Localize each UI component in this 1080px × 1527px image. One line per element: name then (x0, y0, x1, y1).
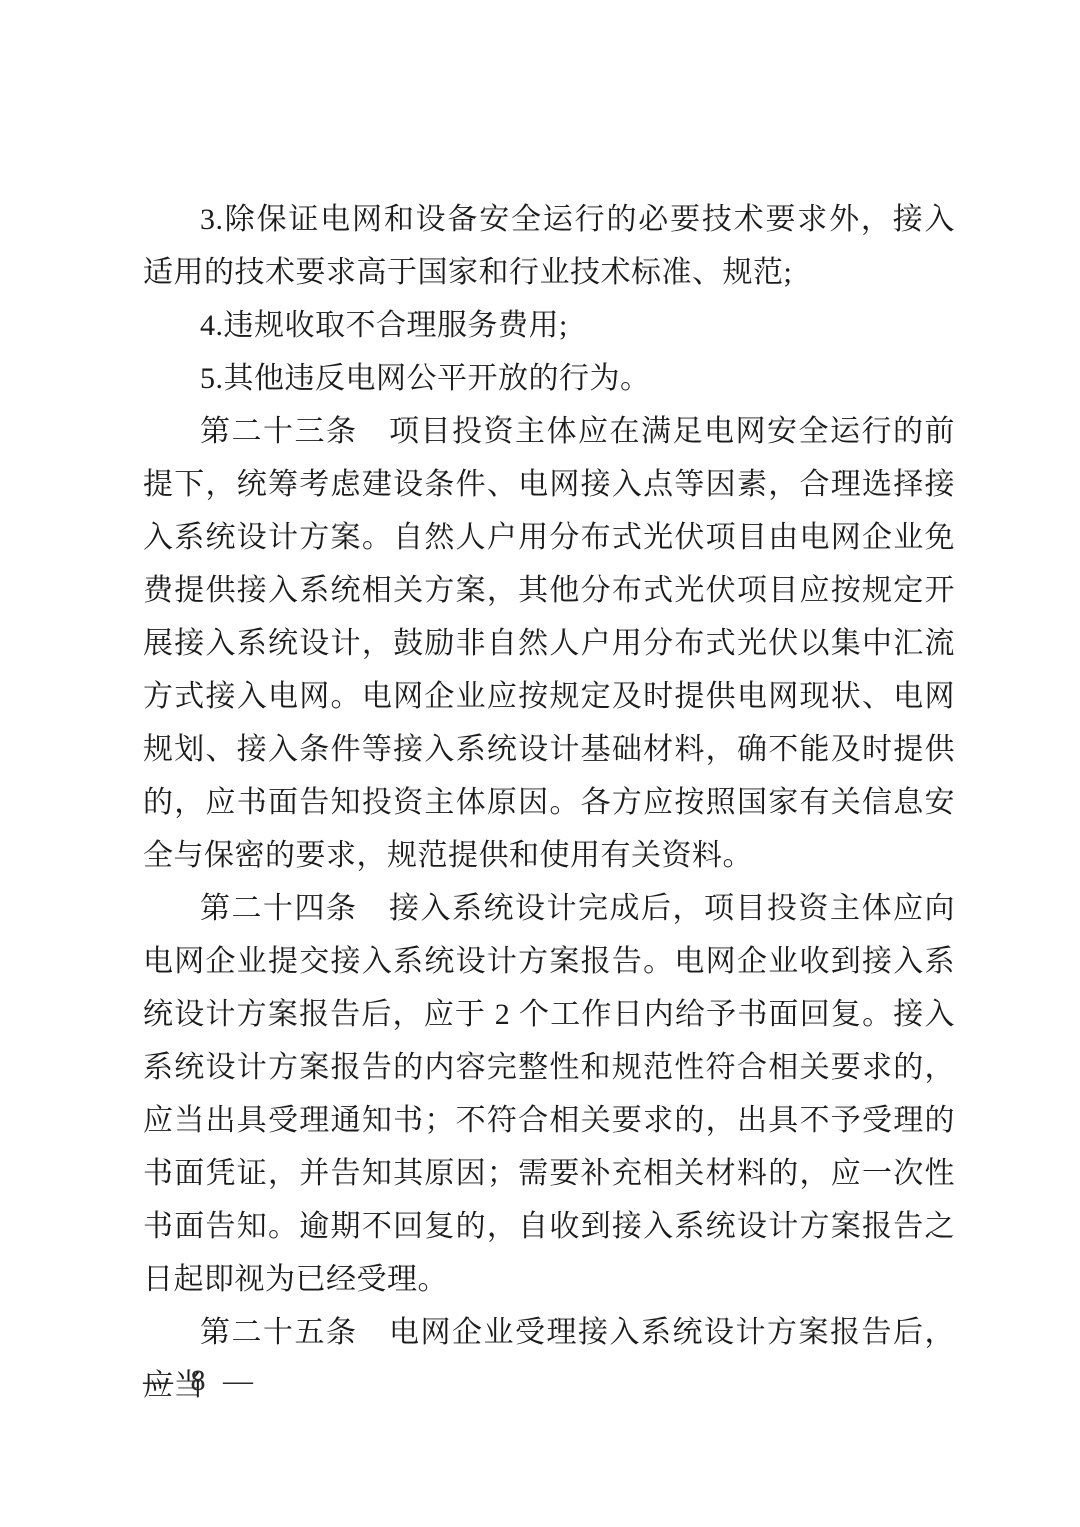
list-item-5: 5.其他违反电网公平开放的行为。 (143, 352, 955, 405)
article-24-paragraph: 第二十四条 接入系统设计完成后，项目投资主体应向电网企业提交接入系统设计方案报告… (143, 882, 955, 1306)
article-23-paragraph: 第二十三条 项目投资主体应在满足电网安全运行的前提下，统筹考虑建设条件、电网接入… (143, 405, 955, 882)
list-item-3: 3.除保证电网和设备安全运行的必要技术要求外，接入适用的技术要求高于国家和行业技… (143, 193, 955, 299)
list-item-4: 4.违规收取不合理服务费用; (143, 299, 955, 352)
page-number: — 8 — (143, 1363, 258, 1399)
document-body: 3.除保证电网和设备安全运行的必要技术要求外，接入适用的技术要求高于国家和行业技… (143, 193, 955, 1412)
article-25-paragraph: 第二十五条 电网企业受理接入系统设计方案报告后，应当 (143, 1306, 955, 1412)
document-page: 3.除保证电网和设备安全运行的必要技术要求外，接入适用的技术要求高于国家和行业技… (0, 0, 1080, 1527)
